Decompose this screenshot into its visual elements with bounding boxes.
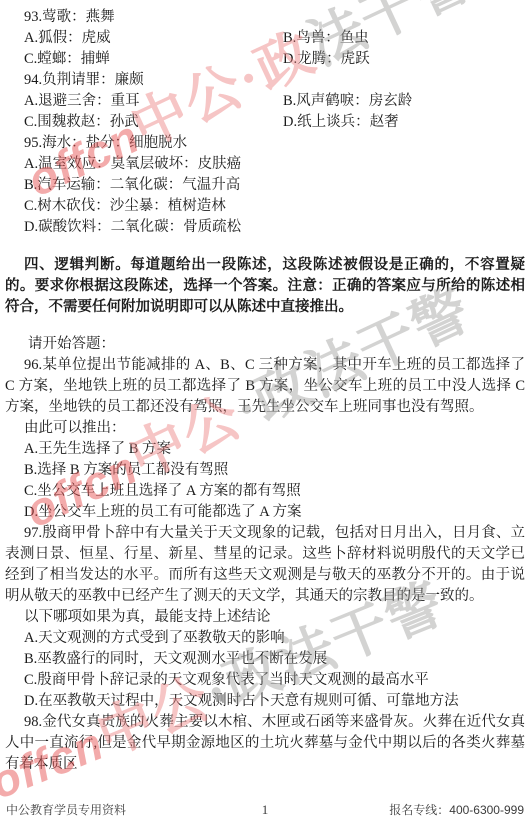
option-a: A.王先生选择了 B 方案 xyxy=(5,439,525,460)
question-stem: 97.殷商甲骨卜辞中有大量关于天文现象的记载，包括对日月出入，日月食、立表测日景… xyxy=(5,523,525,607)
option-c: C.坐公交车上班且选择了 A 方案的都有驾照 xyxy=(5,481,525,502)
question-95: 95.海水：盐分：细胞脱水 A.温室效应：臭氧层破坏：皮肤癌 B.汽车运输：二氧… xyxy=(5,133,525,238)
question-lead-in: 由此可以推出： xyxy=(5,418,525,439)
question-stem: 95.海水：盐分：细胞脱水 xyxy=(5,133,525,154)
option-a: A.狐假：虎威 xyxy=(24,28,283,49)
options-grid: A.退避三舍：重耳 B.风声鹤唳：房玄龄 C.围魏救赵：孙武 D.纸上谈兵：赵奢 xyxy=(5,91,525,133)
option-b: B.选择 B 方案的员工都没有驾照 xyxy=(5,460,525,481)
option-d: D.纸上谈兵：赵奢 xyxy=(283,112,525,133)
option-c: C.树木砍伐：沙尘暴：植树造林 xyxy=(5,196,525,217)
question-96: 96.某单位提出节能减排的 A、B、C 三种方案，其中开车上班的员工都选择了 C… xyxy=(5,355,525,523)
question-97: 97.殷商甲骨卜辞中有大量关于天文现象的记载，包括对日月出入，日月食、立表测日景… xyxy=(5,523,525,712)
question-94: 94.负荆请罪：廉颇 A.退避三舍：重耳 B.风声鹤唳：房玄龄 C.围魏救赵：孙… xyxy=(5,70,525,133)
option-d: D.碳酸饮料：二氧化碳：骨质疏松 xyxy=(5,217,525,238)
option-b: B.风声鹤唳：房玄龄 xyxy=(283,91,525,112)
option-b: B.汽车运输：二氧化碳：气温升高 xyxy=(5,175,525,196)
option-d: D.龙腾：虎跃 xyxy=(283,49,525,70)
question-stem: 98.金代女真贵族的火葬主要以木棺、木匣或石函等来盛骨灰。火葬在近代女真人中一直… xyxy=(5,712,525,775)
option-d: D.坐公交车上班的员工有可能都选了 A 方案 xyxy=(5,502,525,523)
question-98: 98.金代女真贵族的火葬主要以木棺、木匣或石函等来盛骨灰。火葬在近代女真人中一直… xyxy=(5,712,525,775)
question-stem: 94.负荆请罪：廉颇 xyxy=(5,70,525,91)
start-prompt: 请开始答题： xyxy=(5,334,525,355)
option-b: B.巫教盛行的同时，天文观测水平也不断在发展 xyxy=(5,649,525,670)
option-a: A.温室效应：臭氧层破坏：皮肤癌 xyxy=(5,154,525,175)
section-instructions: 四、逻辑判断。每道题给出一段陈述，这段陈述被假设是正确的，不容置疑的。要求你根据… xyxy=(5,255,525,318)
option-d: D.在巫教敬天过程中，天文观测时占卜天意有规则可循、可靠地方法 xyxy=(5,691,525,712)
question-stem: 93.莺歌：燕舞 xyxy=(5,7,525,28)
hotline: 报名专线：400-6300-999 xyxy=(389,801,524,818)
options-grid: A.狐假：虎威 B.鸟兽：鱼虫 C.螳螂：捕蝉 D.龙腾：虎跃 xyxy=(5,28,525,70)
option-c: C.殷商甲骨卜辞记录的天文观象代表了当时天文观测的最高水平 xyxy=(5,670,525,691)
document-content: 93.莺歌：燕舞 A.狐假：虎威 B.鸟兽：鱼虫 C.螳螂：捕蝉 D.龙腾：虎跃… xyxy=(0,0,530,829)
question-93: 93.莺歌：燕舞 A.狐假：虎威 B.鸟兽：鱼虫 C.螳螂：捕蝉 D.龙腾：虎跃 xyxy=(5,7,525,70)
option-c: C.螳螂：捕蝉 xyxy=(24,49,283,70)
option-a: A.退避三舍：重耳 xyxy=(24,91,283,112)
exam-document-page: offcn中公·政法干警 offcn中公·政法干警 offcn中公·政法干警 9… xyxy=(0,0,530,829)
question-lead-in: 以下哪项如果为真，最能支持上述结论 xyxy=(5,607,525,628)
option-b: B.鸟兽：鱼虫 xyxy=(283,28,525,49)
option-c: C.围魏救赵：孙武 xyxy=(24,112,283,133)
option-a: A.天文观测的方式受到了巫教敬天的影响 xyxy=(5,628,525,649)
question-stem: 96.某单位提出节能减排的 A、B、C 三种方案，其中开车上班的员工都选择了 C… xyxy=(5,355,525,418)
